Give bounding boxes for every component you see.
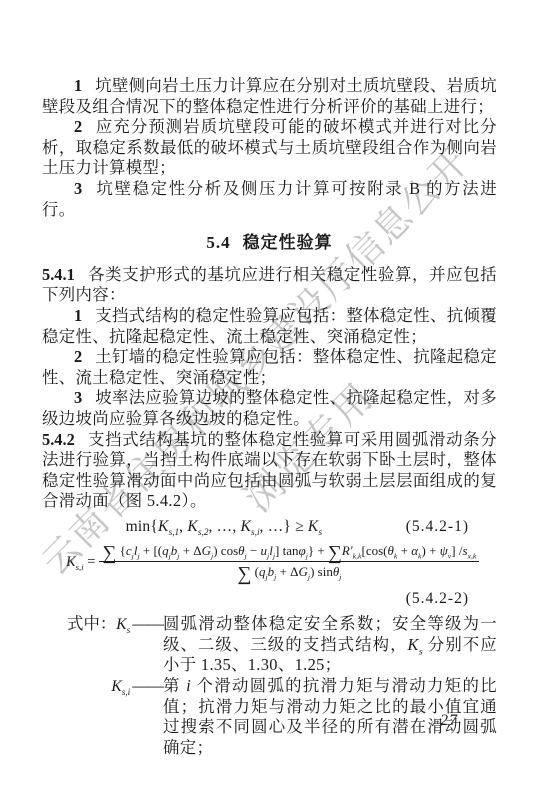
equation-5-4-2-2: Ks,i = ∑ {cjlj + [(qjbj + ΔGj) cosθj − u… bbox=[42, 541, 497, 582]
clause-text: 支挡式结构基坑的整体稳定性验算可采用圆弧滑动条分法进行验算，当挡土构件底端以下存… bbox=[42, 430, 497, 511]
equation-label: (5.4.2-1) bbox=[406, 517, 497, 538]
list-item: 2应充分预测岩质坑壁段可能的破坏模式并进行对比分析，取稳定系数最低的破坏模式与土… bbox=[42, 117, 497, 179]
section-number: 5.4 bbox=[206, 233, 230, 252]
page-text-block: 1坑壁侧向岩土压力计算应在分别对土质坑壁段、岩质坑壁段及组合情况下的整体稳定性进… bbox=[42, 76, 497, 758]
definition-row: 式中：Ks—— 圆弧滑动整体稳定安全系数；安全等级为一级、二级、三级的支挡式结构… bbox=[42, 614, 497, 676]
definition-row: Ks,i—— 第 i 个滑动圆弧的抗滑力矩与滑动力矩的比值；抗滑力矩与滑动力矩之… bbox=[42, 676, 497, 758]
clause-number: 5.4.2 bbox=[42, 430, 75, 449]
definition-text: 圆弧滑动整体稳定安全系数；安全等级为一级、二级、三级的支挡式结构，Ks 分别不应… bbox=[163, 614, 497, 676]
list-item: 1支挡式结构的稳定性验算应包括：整体稳定性、抗倾覆稳定性、抗隆起稳定性、流土稳定… bbox=[42, 306, 497, 347]
fraction-numerator: ∑ {cjlj + [(qjbj + ΔGj) cosθj − ujlj] ta… bbox=[99, 543, 479, 562]
page-number: 27 bbox=[440, 712, 458, 730]
clause-text: 各类支护形式的基坑应进行相关稳定性验算，并应包括下列内容： bbox=[42, 265, 497, 305]
definition-term: 式中：Ks—— bbox=[42, 614, 163, 676]
definition-dash: —— bbox=[132, 614, 163, 635]
list-item: 2土钉墙的稳定性验算应包括：整体稳定性、抗隆起稳定性、流土稳定性、突涌稳定性； bbox=[42, 347, 497, 388]
equation-5-4-2-1: min{Ks,1, Ks,2, …, Ks,i, …} ≥ Ks (5.4.2-… bbox=[42, 517, 497, 538]
fraction: ∑ {cjlj + [(qjbj + ΔGj) cosθj − ujlj] ta… bbox=[99, 541, 479, 582]
definition-term: Ks,i—— bbox=[42, 676, 163, 758]
definition-dash: —— bbox=[132, 676, 163, 697]
item-number: 2 bbox=[74, 347, 82, 366]
where-label: 式中： bbox=[67, 614, 116, 635]
item-text: 坡率法应验算边坡的整体稳定性、抗隆起稳定性，对多级边坡尚应验算各级边坡的稳定性。 bbox=[42, 388, 497, 428]
item-number: 2 bbox=[74, 117, 82, 136]
section-heading: 5.4稳定性验算 bbox=[42, 233, 497, 254]
item-text: 应充分预测岩质坑壁段可能的破坏模式并进行对比分析，取稳定系数最低的破坏模式与土质… bbox=[42, 117, 497, 177]
equation-body: min{Ks,1, Ks,2, …, Ks,i, …} ≥ Ks bbox=[42, 517, 406, 538]
symbol: Ks,i bbox=[111, 677, 130, 698]
clause-paragraph: 5.4.1各类支护形式的基坑应进行相关稳定性验算，并应包括下列内容： bbox=[42, 265, 497, 306]
item-text: 坑壁稳定性分析及侧压力计算可按附录 B 的方法进行。 bbox=[42, 179, 497, 219]
item-number: 1 bbox=[74, 306, 82, 325]
equation-label: (5.4.2-2) bbox=[42, 589, 497, 610]
item-number: 3 bbox=[74, 179, 82, 198]
item-text: 土钉墙的稳定性验算应包括：整体稳定性、抗隆起稳定性、流土稳定性、突涌稳定性； bbox=[42, 347, 497, 387]
clause-number: 5.4.1 bbox=[42, 265, 75, 284]
list-item: 3坑壁稳定性分析及侧压力计算可按附录 B 的方法进行。 bbox=[42, 179, 497, 220]
document-page: 云南省住房和城乡建设厅信息公开 浏览专用 1坑壁侧向岩土压力计算应在分别对土质坑… bbox=[0, 0, 536, 793]
item-text: 支挡式结构的稳定性验算应包括：整体稳定性、抗倾覆稳定性、抗隆起稳定性、流土稳定性… bbox=[42, 306, 497, 346]
equation-body: Ks,i = ∑ {cjlj + [(qjbj + ΔGj) cosθj − u… bbox=[42, 541, 497, 582]
symbol: Ks bbox=[116, 615, 130, 636]
list-item: 1坑壁侧向岩土压力计算应在分别对土质坑壁段、岩质坑壁段及组合情况下的整体稳定性进… bbox=[42, 76, 497, 117]
item-number: 3 bbox=[74, 388, 82, 407]
equation-lhs: Ks,i = bbox=[66, 552, 95, 573]
fraction-denominator: ∑ (qjbj + ΔGj) sinθj bbox=[237, 561, 341, 579]
section-title: 稳定性验算 bbox=[243, 233, 333, 252]
list-item: 3坡率法应验算边坡的整体稳定性、抗隆起稳定性，对多级边坡尚应验算各级边坡的稳定性… bbox=[42, 388, 497, 429]
item-number: 1 bbox=[74, 76, 82, 95]
item-text: 坑壁侧向岩土压力计算应在分别对土质坑壁段、岩质坑壁段及组合情况下的整体稳定性进行… bbox=[42, 76, 497, 116]
clause-paragraph: 5.4.2支挡式结构基坑的整体稳定性验算可采用圆弧滑动条分法进行验算，当挡土构件… bbox=[42, 430, 497, 512]
